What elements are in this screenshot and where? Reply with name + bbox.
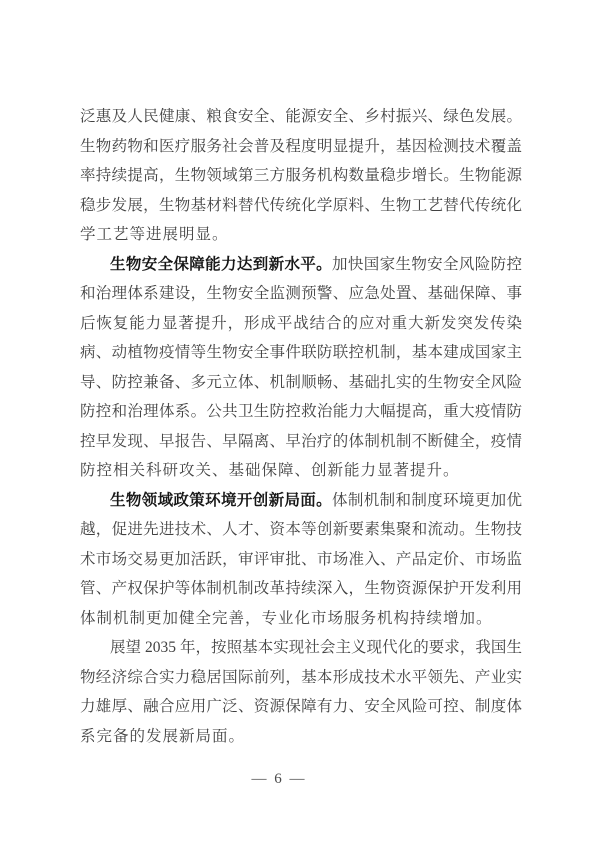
- paragraph: 泛惠及人民健康、粮食安全、能源安全、乡村振兴、绿色发展。生物药物和医疗服务社会普…: [80, 102, 522, 250]
- text-line: 病、动植物疫情等生物安全事件联防联控机制，基本建成国家主: [80, 338, 522, 368]
- text-line: 后恢复能力显著提升，形成平战结合的应对重大新发突发传染: [80, 309, 522, 339]
- text-line: 防控相关科研攻关、基础保障、创新能力显著提升。: [80, 456, 522, 486]
- text-line: 生物药物和医疗服务社会普及程度明显提升，基因检测技术覆盖: [80, 132, 522, 162]
- paragraph-lead-bold: 生物安全保障能力达到新水平。: [110, 256, 332, 273]
- document-page: 泛惠及人民健康、粮食安全、能源安全、乡村振兴、绿色发展。生物药物和医疗服务社会普…: [0, 0, 600, 849]
- text-line: 体制机制更加健全完善，专业化市场服务机构持续增加。: [80, 604, 522, 634]
- text-line: 力雄厚、融合应用广泛、资源保障有力、安全风险可控、制度体: [80, 692, 522, 722]
- text-line: 学工艺等进展明显。: [80, 220, 522, 250]
- page-footer: — 6 —: [0, 768, 558, 790]
- text-line: 生物安全保障能力达到新水平。加快国家生物安全风险防控: [80, 250, 522, 280]
- text-line: 泛惠及人民健康、粮食安全、能源安全、乡村振兴、绿色发展。: [80, 102, 522, 132]
- text-line: 物经济综合实力稳居国际前列，基本形成技术水平领先、产业实: [80, 663, 522, 693]
- page-number: — 6 —: [252, 771, 307, 787]
- text-line: 稳步发展，生物基材料替代传统化学原料、生物工艺替代传统化: [80, 191, 522, 221]
- text-line: 和治理体系建设，生物安全监测预警、应急处置、基础保障、事: [80, 279, 522, 309]
- text-line: 越，促进先进技术、人才、资本等创新要素集聚和流动。生物技: [80, 515, 522, 545]
- text-line: 术市场交易更加活跃，审评审批、市场准入、产品定价、市场监: [80, 545, 522, 575]
- text-line: 导、防控兼备、多元立体、机制顺畅、基础扎实的生物安全风险: [80, 368, 522, 398]
- paragraph: 生物安全保障能力达到新水平。加快国家生物安全风险防控和治理体系建设，生物安全监测…: [80, 250, 522, 486]
- text-line: 展望 2035 年，按照基本实现社会主义现代化的要求，我国生: [80, 633, 522, 663]
- text-line: 管、产权保护等体制机制改革持续深入，生物资源保护开发利用: [80, 574, 522, 604]
- text-line: 生物领域政策环境开创新局面。体制机制和制度环境更加优: [80, 486, 522, 516]
- text-line: 系完备的发展新局面。: [80, 722, 522, 752]
- text-line: 率持续提高，生物领域第三方服务机构数量稳步增长。生物能源: [80, 161, 522, 191]
- paragraph: 展望 2035 年，按照基本实现社会主义现代化的要求，我国生物经济综合实力稳居国…: [80, 633, 522, 751]
- paragraph-lead-bold: 生物领域政策环境开创新局面。: [110, 492, 332, 509]
- text-line: 控早发现、早报告、早隔离、早治疗的体制机制不断健全，疫情: [80, 427, 522, 457]
- text-line: 防控和治理体系。公共卫生防控救治能力大幅提高，重大疫情防: [80, 397, 522, 427]
- paragraph: 生物领域政策环境开创新局面。体制机制和制度环境更加优越，促进先进技术、人才、资本…: [80, 486, 522, 634]
- document-body: 泛惠及人民健康、粮食安全、能源安全、乡村振兴、绿色发展。生物药物和医疗服务社会普…: [80, 102, 522, 751]
